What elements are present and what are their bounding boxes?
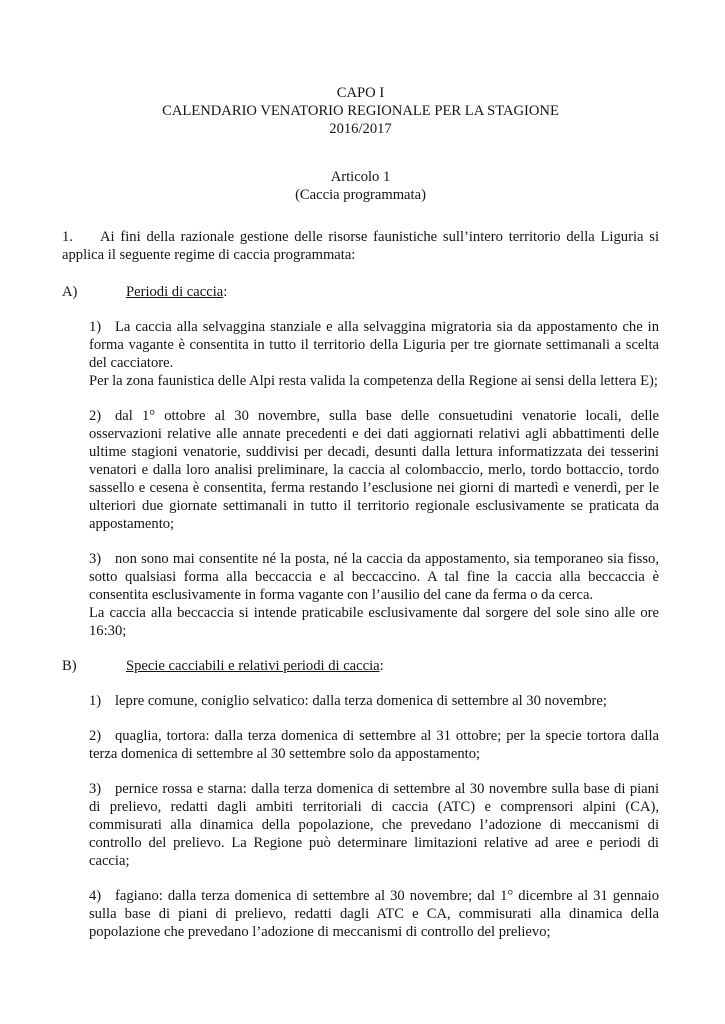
article-heading: Articolo 1 (62, 168, 659, 186)
item-text: fagiano: dalla terza domenica di settemb… (89, 888, 659, 940)
title-line-chapter: CAPO I (62, 84, 659, 102)
item-number: 1) (89, 318, 115, 336)
section-a-heading-text: Periodi di caccia (126, 284, 223, 300)
section-a-label: A) (62, 283, 126, 301)
item-text: La caccia alla selvaggina stanziale e al… (89, 319, 659, 371)
item-number: 4) (89, 887, 115, 905)
article-heading-block: Articolo 1 (Caccia programmata) (62, 168, 659, 204)
section-b-item-1: 1)lepre comune, coniglio selvatico: dall… (89, 692, 659, 710)
section-a: A)Periodi di caccia: 1)La caccia alla se… (62, 283, 659, 640)
document-page: CAPO I CALENDARIO VENATORIO REGIONALE PE… (0, 0, 725, 1024)
item-paragraph: 3)pernice rossa e starna: dalla terza do… (89, 780, 659, 870)
item-paragraph: 2)quaglia, tortora: dalla terza domenica… (89, 727, 659, 763)
intro-paragraph-number: 1. (62, 228, 100, 246)
item-number: 3) (89, 550, 115, 568)
item-continuation: La caccia alla beccaccia si intende prat… (89, 604, 659, 640)
section-a-item-3: 3)non sono mai consentite né la posta, n… (89, 550, 659, 640)
item-continuation: Per la zona faunistica delle Alpi resta … (89, 372, 659, 390)
item-paragraph: 2)dal 1° ottobre al 30 novembre, sulla b… (89, 407, 659, 533)
item-number: 2) (89, 727, 115, 745)
section-a-heading-colon: : (223, 284, 227, 300)
item-paragraph: 1)lepre comune, coniglio selvatico: dall… (89, 692, 659, 710)
title-line-season: 2016/2017 (62, 120, 659, 138)
section-b-item-2: 2)quaglia, tortora: dalla terza domenica… (89, 727, 659, 763)
item-text: quaglia, tortora: dalla terza domenica d… (89, 728, 659, 762)
document-title-block: CAPO I CALENDARIO VENATORIO REGIONALE PE… (62, 84, 659, 138)
document-viewer: { "page": { "title_lines": [ "CAPO I", "… (0, 0, 725, 1024)
item-text: dal 1° ottobre al 30 novembre, sulla bas… (89, 408, 659, 532)
item-paragraph: 3)non sono mai consentite né la posta, n… (89, 550, 659, 604)
item-paragraph: 1)La caccia alla selvaggina stanziale e … (89, 318, 659, 372)
article-subtitle: (Caccia programmata) (62, 186, 659, 204)
item-text: non sono mai consentite né la posta, né … (89, 551, 659, 603)
item-paragraph: 4)fagiano: dalla terza domenica di sette… (89, 887, 659, 941)
section-b-label: B) (62, 657, 126, 675)
item-number: 1) (89, 692, 115, 710)
item-text: lepre comune, coniglio selvatico: dalla … (115, 693, 607, 709)
item-text: pernice rossa e starna: dalla terza dome… (89, 781, 659, 869)
section-b-heading: B)Specie cacciabili e relativi periodi d… (62, 657, 659, 675)
intro-paragraph-text: Ai fini della razionale gestione delle r… (62, 229, 659, 263)
section-b: B)Specie cacciabili e relativi periodi d… (62, 657, 659, 941)
section-a-item-1: 1)La caccia alla selvaggina stanziale e … (89, 318, 659, 390)
section-b-item-4: 4)fagiano: dalla terza domenica di sette… (89, 887, 659, 941)
title-line-name: CALENDARIO VENATORIO REGIONALE PER LA ST… (62, 102, 659, 120)
item-number: 3) (89, 780, 115, 798)
section-a-item-2: 2)dal 1° ottobre al 30 novembre, sulla b… (89, 407, 659, 533)
section-b-heading-colon: : (380, 658, 384, 674)
item-number: 2) (89, 407, 115, 425)
section-b-heading-text: Specie cacciabili e relativi periodi di … (126, 658, 380, 674)
intro-paragraph: 1.Ai fini della razionale gestione delle… (62, 228, 659, 264)
section-b-item-3: 3)pernice rossa e starna: dalla terza do… (89, 780, 659, 870)
section-a-heading: A)Periodi di caccia: (62, 283, 659, 301)
